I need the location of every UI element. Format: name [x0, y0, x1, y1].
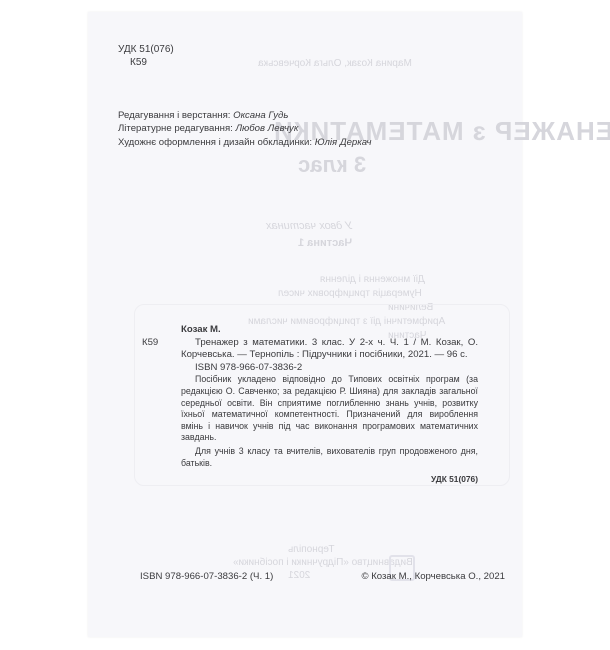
- credits: Редагування і верстання: Оксана Гудь Літ…: [118, 109, 371, 149]
- author-code: К59: [118, 56, 174, 69]
- ghost-part: Частина 1: [298, 237, 352, 249]
- udk-code: УДК 51(076): [118, 43, 174, 56]
- ghost-publisher-year: 2021: [288, 570, 310, 581]
- ghost-parts: У двох частинах: [266, 220, 352, 232]
- card-annotation: Посібник укладено відповідно до Типових …: [181, 374, 478, 444]
- ghost-topic-1: Дії множення і ділення: [320, 274, 425, 285]
- card-author-code: К59: [142, 337, 158, 350]
- credit-design: Художнє оформлення і дизайн обкладинки: …: [118, 136, 371, 149]
- ghost-authors: Марина Козак, Ольга Корчевська: [258, 58, 412, 69]
- card-isbn: ISBN 978-966-07-3836-2: [181, 362, 478, 375]
- credit-editing: Редагування і верстання: Оксана Гудь: [118, 109, 371, 122]
- ghost-publisher-city: Тернопіль: [288, 544, 334, 555]
- udk-block: УДК 51(076) К59: [118, 43, 174, 69]
- ghost-publisher-name: Видавництво «Підручники і посібники»: [233, 557, 413, 568]
- card-udk: УДК 51(076): [128, 473, 498, 486]
- footer-isbn: ISBN 978-966-07-3836-2 (Ч. 1): [140, 571, 273, 582]
- ghost-grade: 3 клас: [298, 152, 366, 178]
- catalog-card: Козак М. К59 Тренажер з математики. 3 кл…: [128, 324, 498, 486]
- credit-literary-editing: Літературне редагування: Любов Левчук: [118, 122, 371, 135]
- footer-copyright: © Козак М., Корчевська О., 2021: [361, 571, 505, 582]
- card-description: Тренажер з математики. 3 клас. У 2-х ч. …: [181, 337, 478, 362]
- ghost-topic-2: Нумерація трицифрових чисел: [278, 288, 422, 299]
- card-author: Козак М.: [128, 324, 498, 337]
- card-audience: Для учнів 3 класу та вчителів, виховател…: [181, 446, 478, 469]
- book-page: Марина Козак, Ольга Корчевська ТРЕНАЖЕР …: [88, 12, 522, 637]
